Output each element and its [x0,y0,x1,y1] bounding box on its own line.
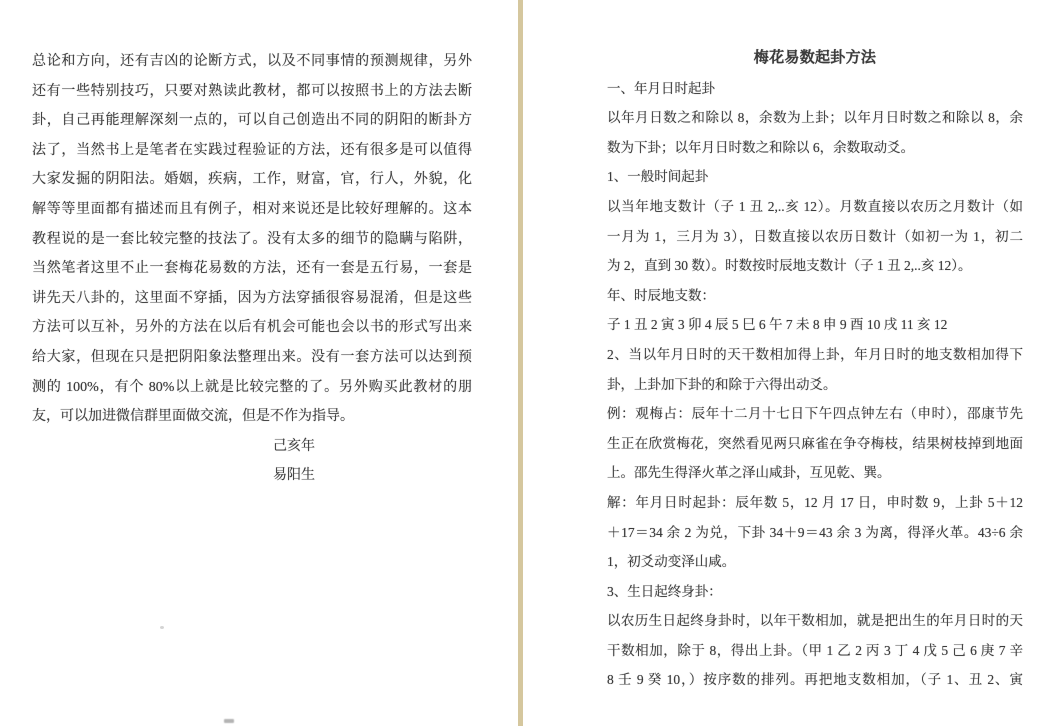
text-line: 友，可以加进微信群里面做交流，但是不作为指导。 [32,402,472,432]
page-left: 总论和方向，还有吉凶的论断方式，以及不同事情的预测规律，另外 还有一些特别技巧，… [0,0,518,726]
text-line: 卦，自己再能理解深刻一点的，可以自己创造出不同的阴阳的断卦方 [32,106,472,136]
text-line: 数为下卦；以年月日时数之和除以 6，余数取动爻。 [607,133,1023,163]
text-line: 干数相加，除于 8，得出上卦。（甲 1 乙 2 丙 3 丁 4 戊 5 己 6 … [607,636,1023,666]
left-page-text-block: 总论和方向，还有吉凶的论断方式，以及不同事情的预测规律，另外 还有一些特别技巧，… [32,47,472,491]
text-line: 例：观梅占：辰年十二月十七日下午四点钟左右（申时），邵康节先 [607,399,1023,429]
text-line: 讲先天八卦的，这里面不穿插，因为方法穿插很容易混淆，但是这些 [32,284,472,314]
text-line: 一月为 1，三月为 3），日数直接以农历日数计（如初一为 1，初二 [607,222,1023,252]
text-line: 年、时辰地支数： [607,281,1023,311]
text-line: 大家发掘的阴阳法。婚姻，疾病，工作，财富，官，行人，外貌，化 [32,165,472,195]
text-line: 以农历生日起终身卦时，以年干数相加，就是把出生的年月日时的天 [607,606,1023,636]
text-line: 上。邵先生得泽火革之泽山咸卦，互见乾、巽。 [607,458,1023,488]
section-heading-line: 一、年月日时起卦 [607,74,1023,104]
right-page-text-block: 梅花易数起卦方法 一、年月日时起卦 以年月日数之和除以 8，余数为上卦；以年月日… [607,44,1023,695]
section-heading-line: 3、生日起终身卦： [607,577,1023,607]
text-line: 8 壬 9 癸 10，）按序数的排列。再把地支数相加，（子 1、丑 2、寅 [607,665,1023,695]
text-line: 教程说的是一套比较完整的技法了。没有太多的细节的隐瞒与陷阱， [32,225,472,255]
text-line: 解等等里面都有描述而且有例子，相对来说还是比较好理解的。这本 [32,195,472,225]
text-line: 方法可以互补，另外的方法在以后有机会可能也会以书的形式写出来 [32,313,472,343]
text-line: 卦，上卦加下卦的和除于六得出动爻。 [607,370,1023,400]
text-line: ＋17＝34 余 2 为兑，下卦 34＋9＝43 余 3 为离，得泽火革。43÷… [607,518,1023,548]
text-line: 还有一些特别技巧，只要对熟读此教材，都可以按照书上的方法去断 [32,77,472,107]
page-title: 梅花易数起卦方法 [607,44,1023,74]
text-line: 测的 100%，有个 80%以上就是比较完整的了。另外购买此教材的朋 [32,373,472,403]
text-line: 生正在欣赏梅花，突然看见两只麻雀在争夺梅枝，结果树枝掉到地面 [607,429,1023,459]
text-line: 为 2，直到 30 数）。时数按时辰地支数计（子 1 丑 2,..亥 12）。 [607,251,1023,281]
text-line: 总论和方向，还有吉凶的论断方式，以及不同事情的预测规律，另外 [32,47,472,77]
section-heading-line: 1、一般时间起卦 [607,162,1023,192]
text-line: 给大家，但现在只是把阴阳象法整理出来。没有一套方法可以达到预 [32,343,472,373]
text-line: 以当年地支数计（子 1 丑 2,..亥 12）。月数直接以农历之月数计（如 [607,192,1023,222]
text-line: 当然笔者这里不止一套梅花易数的方法，还有一套是五行易，一套是 [32,254,472,284]
text-line: 法了，当然书上是笔者在实践过程验证的方法，还有很多是可以值得 [32,136,472,166]
page-number-sliver [224,719,234,723]
text-line: 子 1 丑 2 寅 3 卯 4 辰 5 巳 6 午 7 未 8 申 9 酉 10… [607,310,1023,340]
scan-speck [160,626,164,629]
text-line: 以年月日数之和除以 8，余数为上卦；以年月日时数之和除以 8，余 [607,103,1023,133]
signature-year-line: 己亥年 [32,432,472,462]
signature-name-line: 易阳生 [32,461,472,491]
text-line: 1，初爻动变泽山咸。 [607,547,1023,577]
text-line: 2、当以年月日时的天干数相加得上卦，年月日时的地支数相加得下 [607,340,1023,370]
text-line: 解：年月日时起卦：辰年数 5，12 月 17 日，申时数 9，上卦 5＋12 [607,488,1023,518]
